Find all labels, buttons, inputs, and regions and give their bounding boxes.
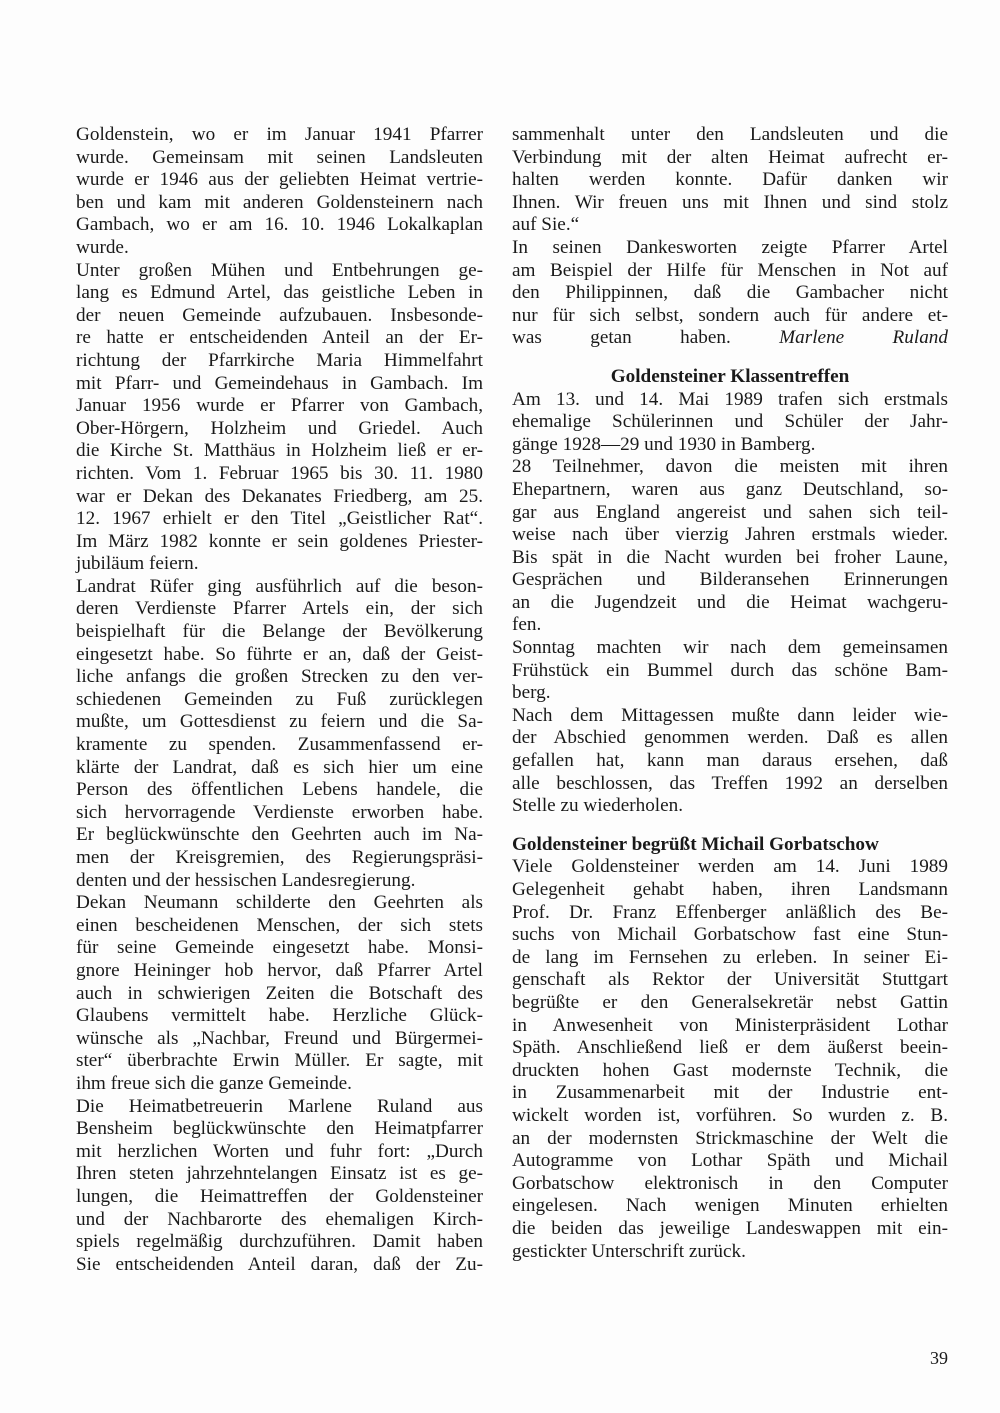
text-line: wurde er 1946 aus der geliebten Heimat v… [76,169,483,192]
text-line: schiedenen Gemeinden zu Fuß zurücklegen [76,689,483,712]
text-line: am Beispiel der Hilfe für Menschen in No… [512,260,948,283]
paragraph-gemeinde-aufbau: Unter großen Mühen und Entbehrungen ge- … [76,260,483,576]
text-line: berg. [512,682,948,705]
text-line: der neuen Gemeinde aufzubauen. Insbesond… [76,305,483,328]
text-line: mit herzlichen Worten und fuhr fort: „Du… [76,1141,483,1164]
text-line: ihm freue sich die ganze Gemeinde. [76,1073,483,1096]
text-line: weise nach über vierzig Jahren erstmals … [512,524,948,547]
text-line: Goldenstein, wo er im Januar 1941 Pfarre… [76,124,483,147]
text-line: druckten hohen Gast modernste Technik, d… [512,1060,948,1083]
text-line: wickelt worden ist, vorführen. So wurden… [512,1105,948,1128]
paragraph-marlene-ruland: Die Heimatbetreuerin Marlene Ruland aus … [76,1096,483,1277]
text-line: beispielhaft für die Belange der Bevölke… [76,621,483,644]
text-line: gar aus England angereist und sahen sich… [512,502,948,525]
text-line: Im März 1982 konnte er sein goldenes Pri… [76,531,483,554]
signature-line: was getan haben. Marlene Ruland [512,327,948,350]
section-gap [512,350,948,366]
text-line: sammenhalt unter den Landsleuten und die [512,124,948,147]
text-line: Gelegenheit gehabt haben, ihren Landsman… [512,879,948,902]
paragraph-goldenstein-pfarrer: Goldenstein, wo er im Januar 1941 Pfarre… [76,124,483,260]
text-line: liche anfangs die großen Strecken zu den… [76,666,483,689]
article-heading: Goldensteiner begrüßt Michail Gorbatscho… [512,834,948,857]
author-signature: Marlene Ruland [779,327,948,348]
text-line: die Kirche St. Matthäus in Holzheim ließ… [76,440,483,463]
text-line: gefallen hat, kann man daraus ersehen, d… [512,750,948,773]
page-number: 39 [920,1348,948,1369]
text-line: denten und der hessischen Landesregierun… [76,870,483,893]
text-line: men der Kreisgremien, des Regierungspräs… [76,847,483,870]
text-line: Ehepartnern, waren aus ganz Deutschland,… [512,479,948,502]
text-line: der Abschied genommen werden. Daß es all… [512,727,948,750]
text-line: Landrat Rüfer ging ausführlich auf die b… [76,576,483,599]
text-line: jubiläum feiern. [76,553,483,576]
text-line: Unter großen Mühen und Entbehrungen ge- [76,260,483,283]
text-line: an die Jugendzeit und die Heimat wachger… [512,592,948,615]
text-line: Stelle zu wiederholen. [512,795,948,818]
text-line: an der modernsten Strickmaschine der Wel… [512,1128,948,1151]
text-line: auf Sie.“ [512,214,948,237]
text-line: war er Dekan des Dekanates Friedberg, am… [76,486,483,509]
text-line: Er beglückwünschte den Geehrten auch im … [76,824,483,847]
text-line: Bensheim beglückwünschte den Heimatpfarr… [76,1118,483,1141]
text-line: halten werden konnte. Dafür danken wir [512,169,948,192]
text-line: richten. Vom 1. Februar 1965 bis 30. 11.… [76,463,483,486]
text-line: Januar 1956 wurde er Pfarrer von Gambach… [76,395,483,418]
left-column: Goldenstein, wo er im Januar 1941 Pfarre… [76,124,483,1276]
text-line: einen bescheidenen Menschen, der sich st… [76,915,483,938]
text-line: genschaft als Rektor der Universität Stu… [512,969,948,992]
text-line: Sonntag machten wir nach dem gemeinsamen [512,637,948,660]
text-line: in Zusammenarbeit mit der Industrie ent- [512,1082,948,1105]
article-heading: Goldensteiner Klassentreffen [512,366,948,389]
text-line: den Philippinnen, daß die Gambacher nich… [512,282,948,305]
text-line: Ober-Hörgern, Holzheim und Griedel. Auch [76,418,483,441]
text-line: ster“ überbrachte Erwin Müller. Er sagte… [76,1050,483,1073]
text-line: mußte, um Gottesdienst zu feiern und die… [76,711,483,734]
text-line: deren Verdienste Pfarrer Artels ein, der… [76,598,483,621]
paragraph-dekan-neumann: Dekan Neumann schilderte den Geehrten al… [76,892,483,1095]
text-line: sich hervorragende Verdienste erworben h… [76,802,483,825]
text-line: alle beschlossen, das Treffen 1992 an de… [512,773,948,796]
text-line: klärte der Landrat, daß es sich hier um … [76,757,483,780]
text-line: 12. 1967 erhielt er den Titel „Geistlich… [76,508,483,531]
text-line: lungen, die Heimattreffen der Goldenstei… [76,1186,483,1209]
text-line: wurde. [76,237,483,260]
text-line: wünsche als „Nachbar, Freund und Bürgerm… [76,1028,483,1051]
text-line: kramente zu spenden. Zusammenfassend er- [76,734,483,757]
text-line: re hatte er entscheidenden Anteil an der… [76,327,483,350]
article-gorbatschow: Goldensteiner begrüßt Michail Gorbatscho… [512,834,948,1263]
text-line: ehemalige Schülerinnen und Schüler der J… [512,411,948,434]
text-line: gnore Heininger hob hervor, daß Pfarrer … [76,960,483,983]
text-line: lang es Edmund Artel, das geistliche Leb… [76,282,483,305]
text-line: richtung der Pfarrkirche Maria Himmelfah… [76,350,483,373]
text-line: Am 13. und 14. Mai 1989 trafen sich erst… [512,389,948,412]
text-line: Gorbatschow elektronisch in den Computer [512,1173,948,1196]
text-line: eingelesen. Nach wenigen Minuten erhielt… [512,1195,948,1218]
paragraph-dankesworte: In seinen Dankesworten zeigte Pfarrer Ar… [512,237,948,350]
paragraph-landrat-ruefer: Landrat Rüfer ging ausführlich auf die b… [76,576,483,892]
text-fragment: was getan haben. [512,327,731,348]
text-line: gestickter Unterschrift zurück. [512,1241,948,1264]
text-line: Gesprächen und Bilderansehen Erinnerunge… [512,569,948,592]
text-line: Glaubens vermittelt habe. Herzliche Glüc… [76,1005,483,1028]
text-line: fen. [512,614,948,637]
text-line: de lang im Fernsehen zu erleben. In sein… [512,947,948,970]
text-line: wurde. Gemeinsam mit seinen Landsleuten [76,147,483,170]
text-line: ben und kam mit anderen Goldensteinern n… [76,192,483,215]
paragraph-zusammenhalt: sammenhalt unter den Landsleuten und die… [512,124,948,237]
text-line: Späth. Anschließend ließ er dem äußerst … [512,1037,948,1060]
text-line: 28 Teilnehmer, davon die meisten mit ihr… [512,456,948,479]
article-klassentreffen: Goldensteiner Klassentreffen Am 13. und … [512,366,948,818]
text-line: die beiden das jeweilige Landeswappen mi… [512,1218,948,1241]
text-line: und der Nachbarorte des ehemaligen Kirch… [76,1209,483,1232]
section-gap [512,818,948,834]
text-line: Sie entscheidenden Anteil daran, daß der… [76,1254,483,1277]
text-line: Viele Goldensteiner werden am 14. Juni 1… [512,856,948,879]
text-line: Nach dem Mittagessen mußte dann leider w… [512,705,948,728]
text-line: für seine Gemeinde eingesetzt habe. Mons… [76,937,483,960]
document-page: Goldenstein, wo er im Januar 1941 Pfarre… [0,0,1000,1413]
text-line: auch in schwierigen Zeiten die Botschaft… [76,983,483,1006]
text-line: Autogramme von Lothar Späth und Michail [512,1150,948,1173]
text-line: Frühstück ein Bummel durch das schöne Ba… [512,660,948,683]
text-line: Die Heimatbetreuerin Marlene Ruland aus [76,1096,483,1119]
text-line: Person des öffentlichen Lebens handele, … [76,779,483,802]
text-line: suchs von Michail Gorbatschow fast eine … [512,924,948,947]
text-line: spiels regelmäßig durchzuführen. Damit h… [76,1231,483,1254]
text-line: Dekan Neumann schilderte den Geehrten al… [76,892,483,915]
text-line: Ihren steten jahrzehntelangen Einsatz is… [76,1163,483,1186]
text-line: nur für sich selbst, sondern auch für an… [512,305,948,328]
text-line: Bis spät in die Nacht wurden bei froher … [512,547,948,570]
text-line: eingesetzt habe. So führte er an, daß de… [76,644,483,667]
text-line: Gambach, wo er am 16. 10. 1946 Lokalkapl… [76,214,483,237]
text-line: in Anwesenheit von Ministerpräsident Lot… [512,1015,948,1038]
text-line: Prof. Dr. Franz Effenberger anläßlich de… [512,902,948,925]
text-line: gänge 1928—29 und 1930 in Bamberg. [512,434,948,457]
right-column: sammenhalt unter den Landsleuten und die… [512,124,948,1263]
text-line: Verbindung mit der alten Heimat aufrecht… [512,147,948,170]
text-line: mit Pfarr- und Gemeindehaus in Gambach. … [76,373,483,396]
text-line: begrüßte er den Generalsekretär nebst Ga… [512,992,948,1015]
text-line: Ihnen. Wir freuen uns mit Ihnen und sind… [512,192,948,215]
text-line: In seinen Dankesworten zeigte Pfarrer Ar… [512,237,948,260]
